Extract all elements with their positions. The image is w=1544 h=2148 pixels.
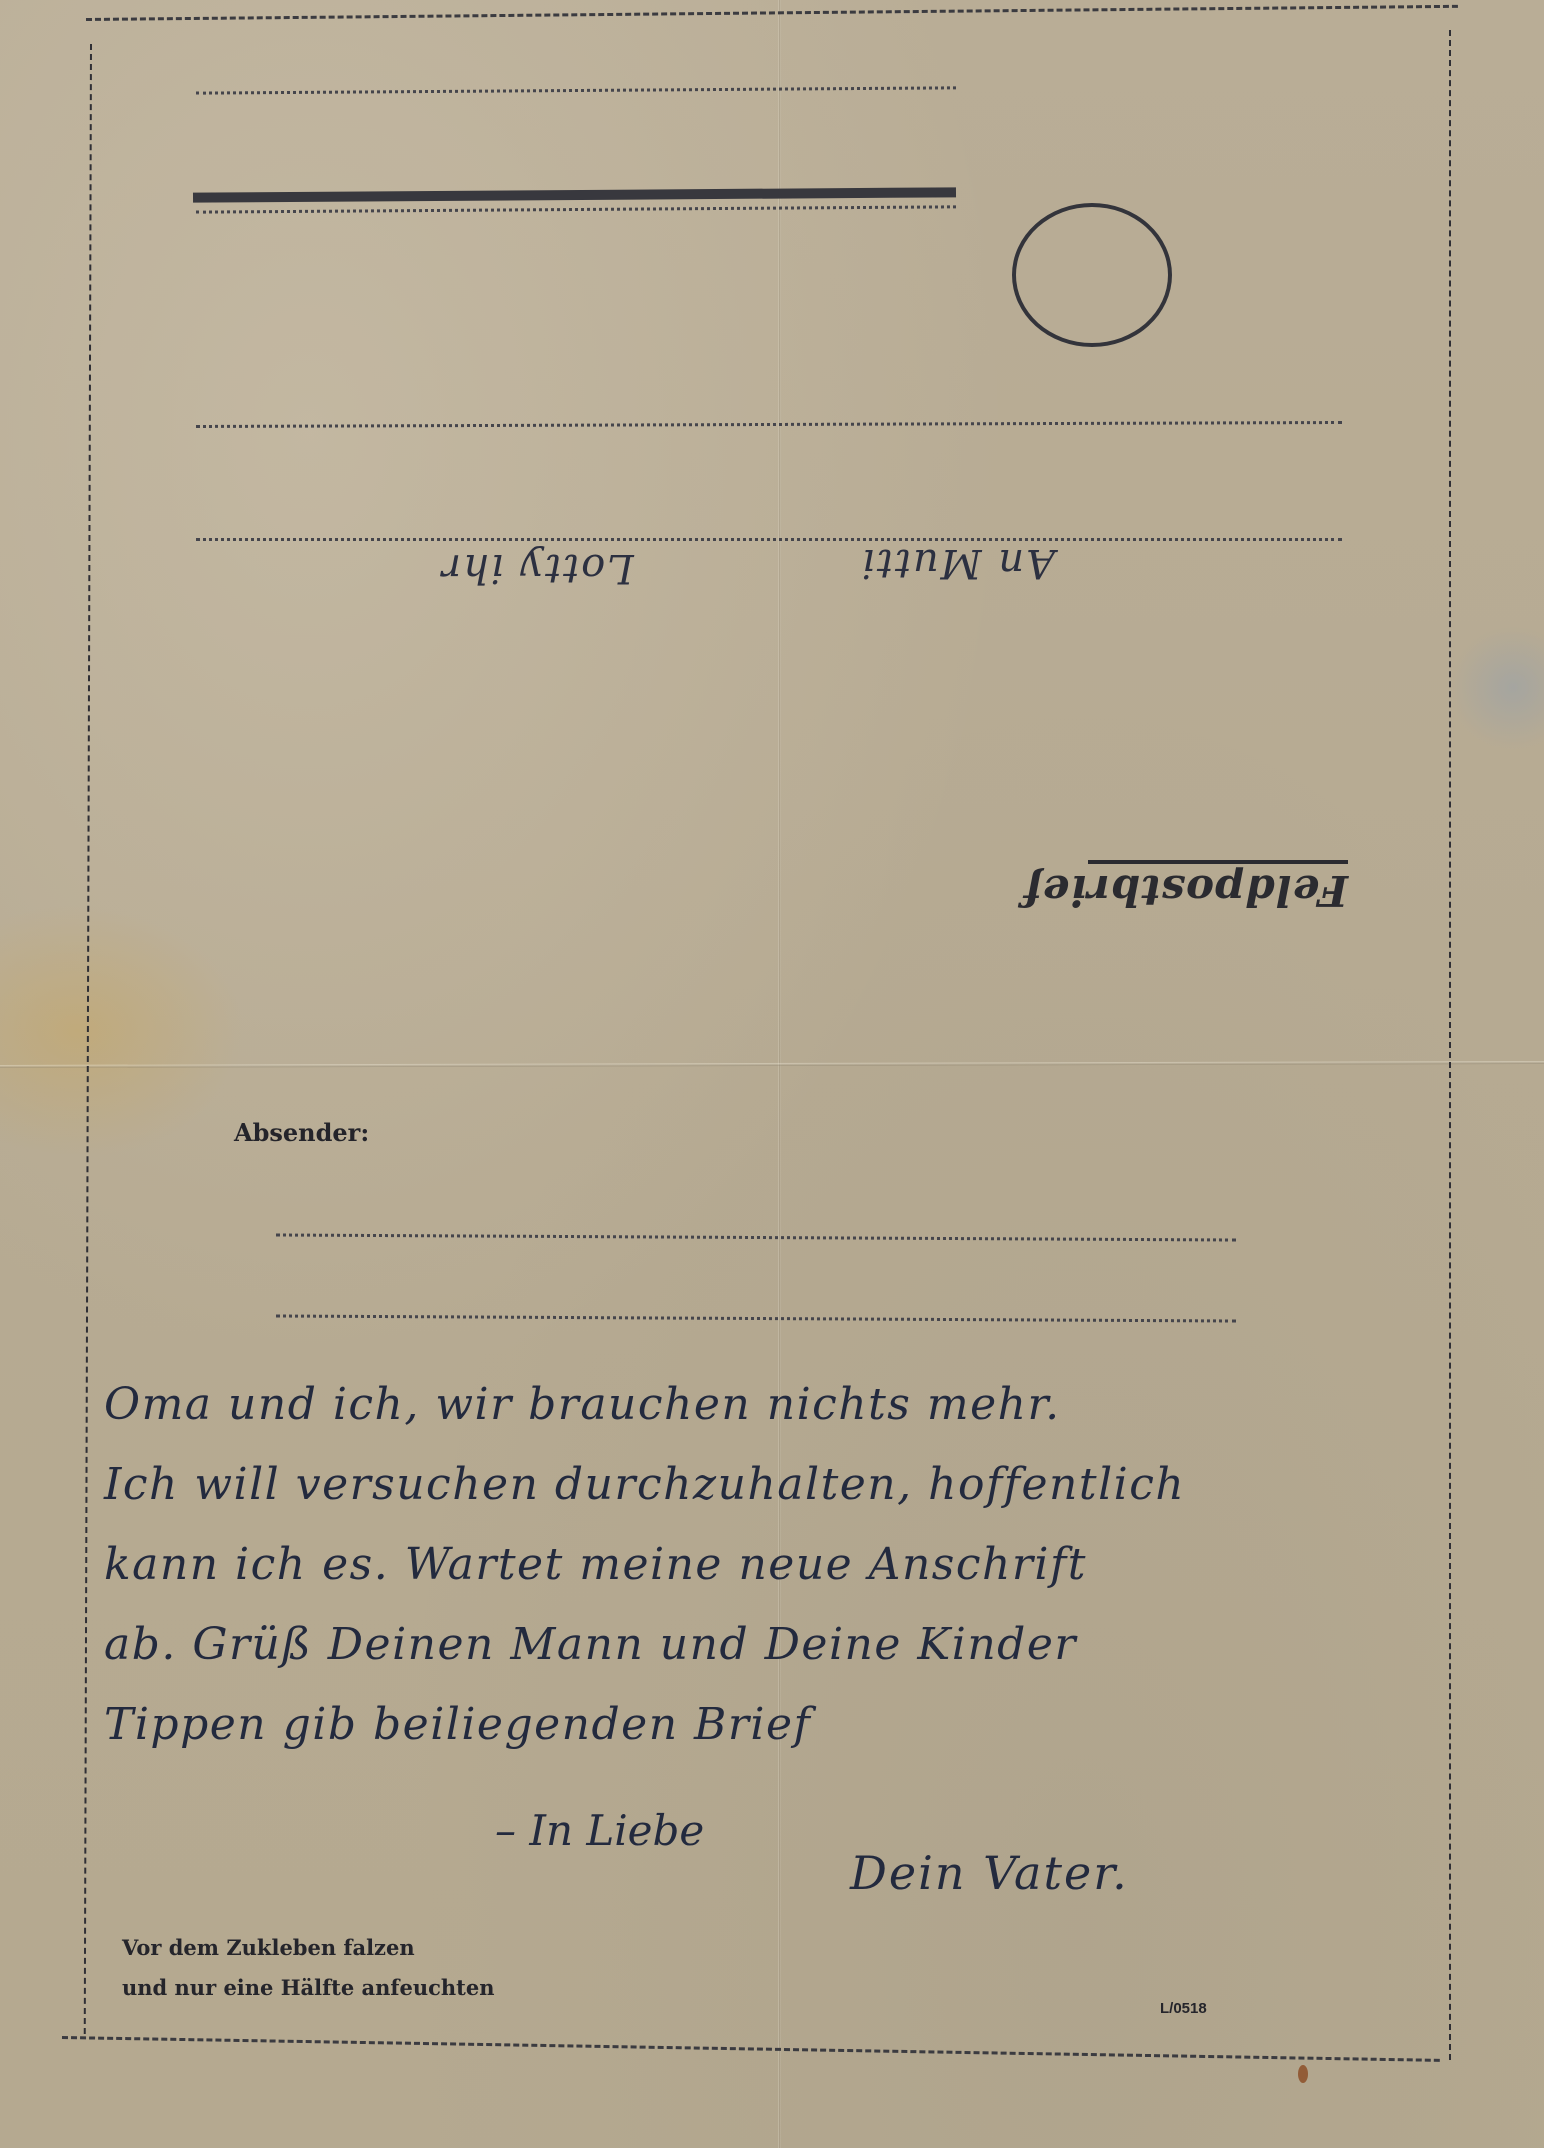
paper-background xyxy=(0,0,1544,2148)
form-code: L/0518 xyxy=(1160,2000,1207,2017)
rust-stain xyxy=(1298,2065,1308,2083)
feldpostbrief-title: Feldpostbrief xyxy=(1088,860,1348,915)
letter-line: kann ich es. Wartet meine neue Anschrift xyxy=(104,1525,1444,1605)
sender-label: Absender: xyxy=(234,1118,369,1147)
vertical-fold-crease xyxy=(778,0,781,2148)
handwritten-recipient-2: Lotty ihr xyxy=(440,545,634,591)
right-cut-line xyxy=(1449,30,1451,2060)
instruction-line: Vor dem Zukleben falzen xyxy=(122,1928,494,1968)
letter-line: Tippen gib beiliegenden Brief xyxy=(104,1685,1444,1765)
letter-line: Ich will versuchen durchzuhalten, hoffen… xyxy=(104,1445,1444,1525)
letter-closing: – In Liebe xyxy=(495,1806,704,1855)
letter-line: ab. Grüß Deinen Mann und Deine Kinder xyxy=(104,1605,1444,1685)
letter-line: Oma und ich, wir brauchen nichts mehr. xyxy=(104,1365,1444,1445)
postmark-circle xyxy=(1012,203,1172,347)
feldpostbrief-rule xyxy=(1088,860,1348,864)
address-line-4 xyxy=(196,538,1342,541)
feldpostbrief-label: Feldpostbrief xyxy=(1088,866,1348,915)
letter-body: Oma und ich, wir brauchen nichts mehr. I… xyxy=(104,1365,1444,1765)
instruction-line: und nur eine Hälfte anfeuchten xyxy=(122,1968,494,2008)
handwritten-recipient-1: An Mutti xyxy=(860,540,1055,586)
folding-instructions: Vor dem Zukleben falzen und nur eine Häl… xyxy=(122,1928,494,2008)
letter-signature: Dein Vater. xyxy=(850,1846,1129,1900)
